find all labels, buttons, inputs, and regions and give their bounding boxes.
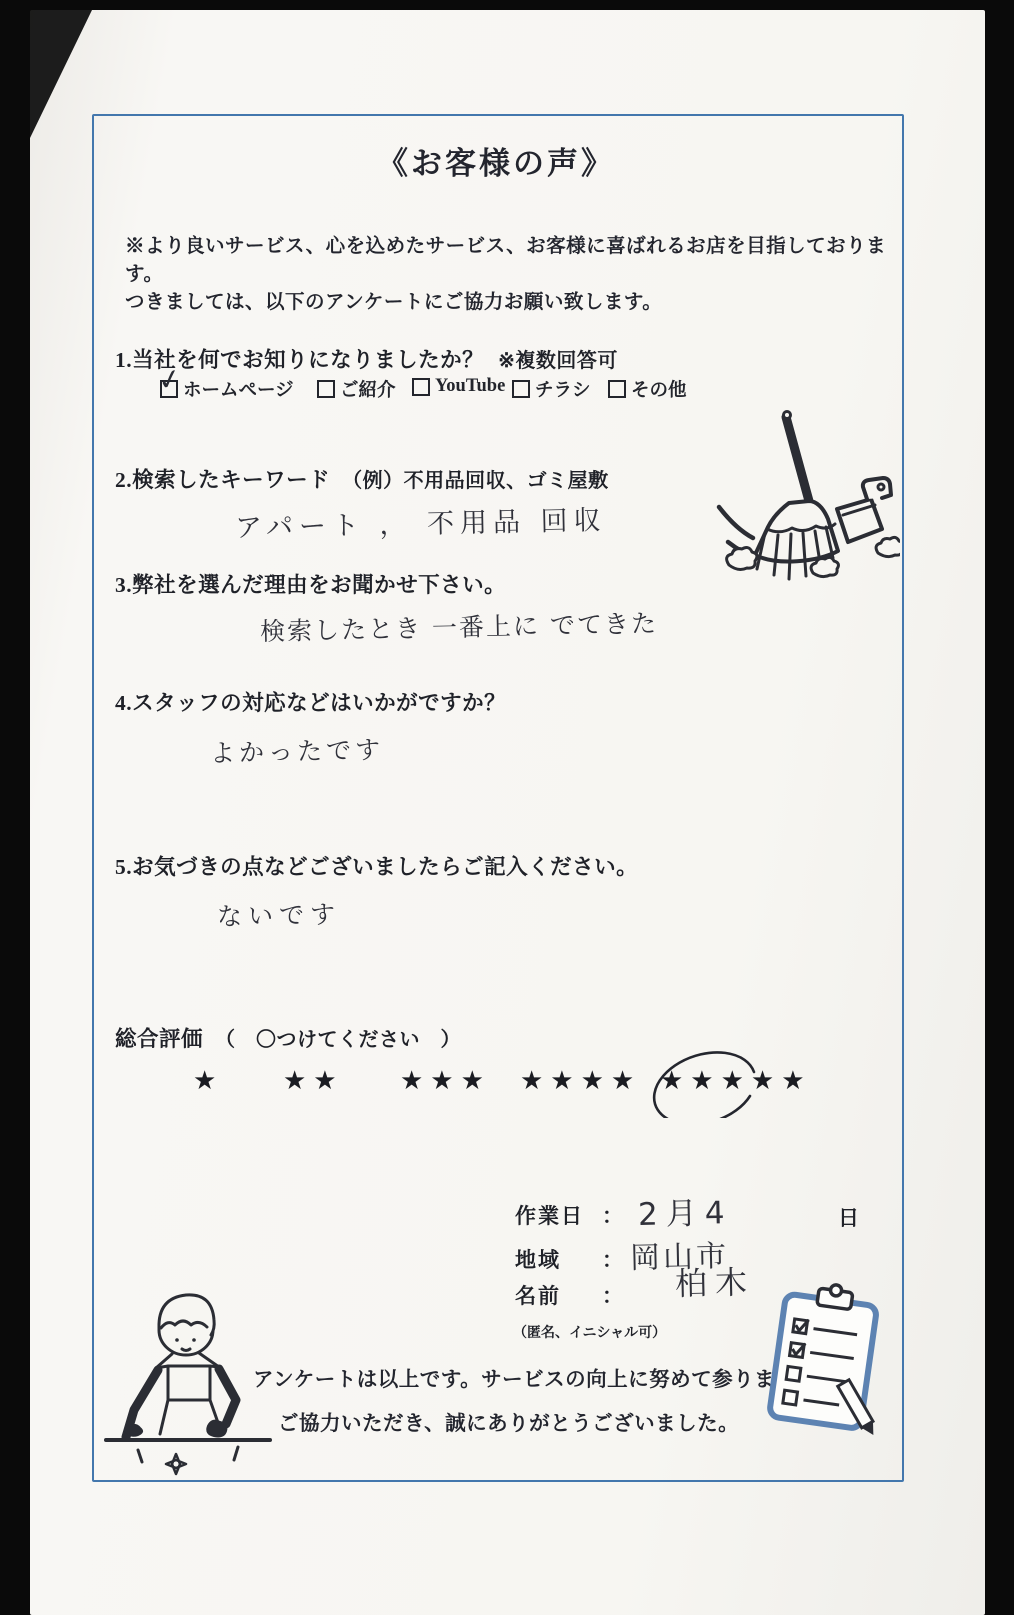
checkbox-option-youtube[interactable]: YouTube: [412, 376, 505, 397]
answer-2-handwritten: アパート ， 不用品 回収: [235, 498, 607, 545]
scanned-survey-photo: { "colors": { "border_blue": "#4377ad", …: [0, 0, 1014, 1615]
name-label: 名前: [515, 1280, 561, 1310]
clipboard-checklist-illustration: [753, 1282, 903, 1442]
anonymous-note: （匿名、イニシャル可）: [513, 1322, 666, 1342]
person-wiping-table-illustration: [98, 1282, 278, 1487]
question-4: 4.スタッフの対応などはいかがですか？: [115, 686, 506, 717]
rating-option-1-star[interactable]: ★: [193, 1066, 223, 1096]
colon: ：: [602, 1244, 623, 1274]
option-label: その他: [631, 376, 687, 402]
handwritten-selection-circle: [650, 1026, 785, 1118]
question-1-number: 1.: [115, 348, 132, 372]
option-label: チラシ: [535, 376, 591, 402]
rating-option-3-stars[interactable]: ★★★: [400, 1066, 491, 1096]
answer-4-handwritten: よかったです: [210, 730, 385, 770]
question-4-text: スタッフの対応などはいかがですか？: [132, 691, 506, 715]
option-label: YouTube: [435, 376, 505, 397]
day-suffix: 日: [838, 1202, 859, 1232]
work-date-value-handwritten: 2月4: [638, 1187, 733, 1234]
intro-line1: ※より良いサービス、心を込めたサービス、お客様に喜ばれるお店を目指しております。: [125, 230, 915, 286]
question-2-number: 2.: [115, 468, 132, 492]
question-2-note: （例）不用品回収、ゴミ屋敷: [342, 470, 609, 492]
checkbox-option-referral[interactable]: ご紹介: [317, 376, 396, 402]
scan-shadow-edge: [30, 10, 92, 138]
answer-5-handwritten: ないです: [217, 895, 342, 934]
checkbox-checked-icon: ✓: [160, 380, 178, 398]
footer-line1: アンケートは以上です。サービスの向上に努めて参ります。: [253, 1362, 816, 1392]
question-1: 1.当社を何でお知りになりましたか？※複数回答可: [115, 343, 618, 374]
footer-line2: ご協力いただき、誠にありがとうございました。: [278, 1406, 739, 1436]
rating-option-2-stars[interactable]: ★★: [283, 1066, 344, 1096]
question-5-number: 5.: [115, 855, 132, 879]
question-5-text: お気づきの点などございましたらご記入ください。: [132, 855, 638, 879]
work-date-label: 作業日: [515, 1200, 584, 1230]
colon: ：: [602, 1280, 623, 1310]
page-title: 《お客様の声》: [92, 138, 900, 183]
name-value-handwritten: 柏木: [675, 1257, 756, 1305]
region-label: 地域: [515, 1244, 561, 1274]
rating-title: 総合評価: [115, 1027, 203, 1051]
question-5: 5.お気づきの点などございましたらご記入ください。: [115, 850, 638, 881]
question-2: 2.検索したキーワード（例）不用品回収、ゴミ屋敷: [115, 463, 609, 494]
checkbox-option-homepage[interactable]: ✓ ホームページ: [160, 376, 294, 402]
question-2-text: 検索したキーワード: [132, 468, 330, 492]
intro-line2: つきましては、以下のアンケートにご協力お願い致します。: [125, 286, 915, 314]
rating-option-4-stars[interactable]: ★★★★: [520, 1066, 641, 1096]
question-1-text: 当社を何でお知りになりましたか？: [132, 348, 484, 372]
question-3-number: 3.: [115, 573, 132, 597]
checkbox-unchecked-icon: [317, 380, 335, 398]
rating-instruction: （ 〇つけてください ）: [215, 1029, 461, 1051]
checkbox-unchecked-icon: [512, 380, 530, 398]
question-4-number: 4.: [115, 691, 132, 715]
checkbox-unchecked-icon: [608, 380, 626, 398]
question-3: 3.弊社を選んだ理由をお聞かせ下さい。: [115, 568, 506, 599]
checkbox-option-flyer[interactable]: チラシ: [512, 376, 591, 402]
form-border: [92, 114, 904, 1482]
broom-and-dustpan-illustration: [685, 403, 900, 588]
question-1-note: ※複数回答可: [498, 350, 618, 372]
colon: ：: [602, 1200, 623, 1230]
question-3-text: 弊社を選んだ理由をお聞かせ下さい。: [132, 573, 506, 597]
option-label: ホームページ: [183, 376, 294, 402]
checkbox-option-other[interactable]: その他: [608, 376, 687, 402]
overall-rating-label: 総合評価（ 〇つけてください ）: [115, 1022, 461, 1053]
survey-paper: 《お客様の声》 ※より良いサービス、心を込めたサービス、お客様に喜ばれるお店を目…: [30, 10, 985, 1615]
option-label: ご紹介: [340, 376, 396, 402]
checkbox-unchecked-icon: [412, 378, 430, 396]
